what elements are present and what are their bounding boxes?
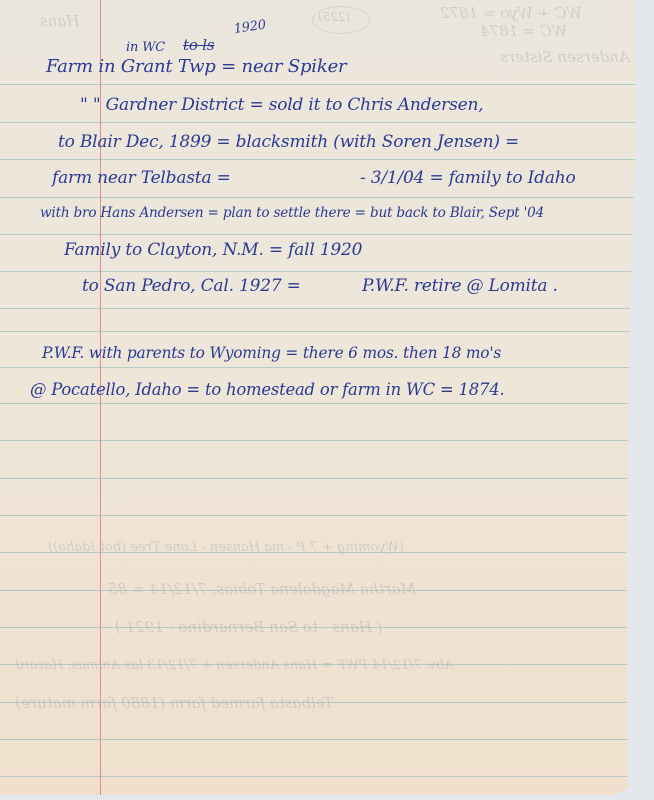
- bleed-through-text: Telbasta farmed farm (1880 farm mature): [15, 694, 334, 712]
- handwritten-line: to San Pedro, Cal. 1927 =: [82, 276, 301, 296]
- ruled-line: [0, 440, 636, 441]
- bleed-through-text: (225): [318, 10, 350, 24]
- bleed-through-text: (Wyoming + 7 P - ma Hansen - Lone Tree (…: [48, 540, 404, 555]
- bleed-through-text: ( Hans - to San Bernardino - 1921 ): [115, 618, 382, 636]
- bleed-through-text: WC = 1874: [480, 22, 567, 40]
- handwritten-line: P.W.F. retire @ Lomita .: [362, 276, 558, 296]
- ruled-line: [0, 234, 636, 235]
- bleed-through-text: 3 Andersen Sisters: [500, 48, 636, 66]
- ruled-line: [0, 776, 636, 777]
- ruled-line: [0, 122, 636, 123]
- bleed-through-text: WC + Wyo = 1872: [440, 4, 582, 22]
- handwritten-line: farm near Telbasta =: [52, 168, 231, 188]
- handwritten-line: " " Gardner District = sold it to Chris …: [80, 95, 483, 115]
- bleed-through-text: Martha Magdalena Tobias, 7/12/14 = 85: [108, 580, 416, 598]
- handwritten-line: Family to Clayton, N.M. = fall 1920: [64, 240, 362, 260]
- ruled-line: [0, 331, 636, 332]
- handwritten-line: - 3/1/04 = family to Idaho: [360, 168, 576, 188]
- ruled-line: [0, 308, 636, 309]
- handwritten-line: to Blair Dec, 1899 = blacksmith (with So…: [58, 132, 519, 152]
- ruled-line: [0, 515, 636, 516]
- ruled-line: [0, 739, 636, 740]
- handwritten-line: Farm in Grant Twp = near Spiker: [46, 56, 346, 77]
- ruled-line: [0, 367, 636, 368]
- ruled-line: [0, 197, 636, 198]
- notebook-page: Hans (225) WC + Wyo = 1872 WC = 1874 3 A…: [0, 0, 636, 795]
- bleed-through-text: Hans: [40, 12, 79, 30]
- insertion-struck-text: to ls: [183, 36, 214, 54]
- handwritten-line: @ Pocatello, Idaho = to homestead or far…: [30, 380, 504, 399]
- insertion-year: 1920: [233, 18, 267, 37]
- ruled-line: [0, 84, 636, 85]
- ruled-line: [0, 159, 636, 160]
- ruled-line: [0, 271, 636, 272]
- insertion-prefix: in WC: [126, 40, 165, 55]
- handwritten-line: with bro Hans Andersen = plan to settle …: [40, 205, 544, 221]
- ruled-line: [0, 403, 636, 404]
- bleed-through-text: Abv. 7/12/14 PWF = Hans Andersen + 7/12/…: [15, 658, 454, 673]
- ruled-line: [0, 478, 636, 479]
- handwritten-line: P.W.F. with parents to Wyoming = there 6…: [42, 344, 501, 362]
